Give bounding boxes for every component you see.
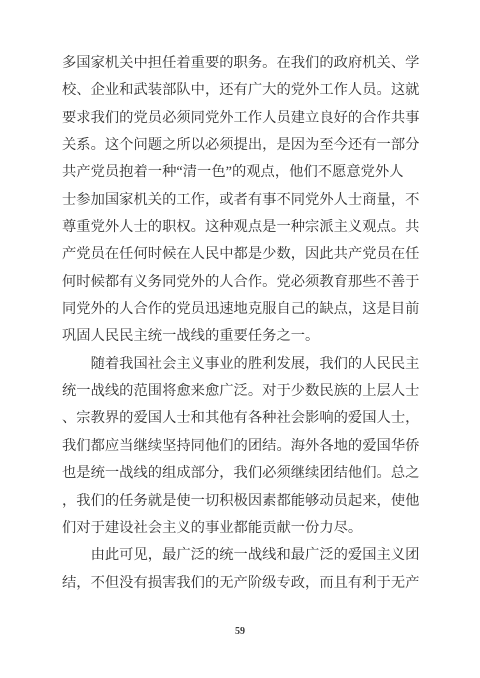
text-line: 由此可见，最广泛的统一战线和最广泛的爱国主义团: [62, 542, 420, 569]
text-line: 何时候都有义务同党外的人合作。党必须教育那些不善于: [62, 269, 420, 296]
text-line: 统一战线的范围将愈来愈广泛。对于少数民族的上层人士: [62, 378, 420, 405]
text-line: 也是统一战线的组成部分，我们必须继续团结他们。总之: [62, 460, 420, 487]
text-line: 我们都应当继续坚持同他们的团结。海外各地的爱国华侨: [62, 433, 420, 460]
text-line: 士参加国家机关的工作，或者有事不同党外人士商量，不: [62, 187, 420, 214]
text-line: ，我们的任务就是使一切积极因素都能够动员起来，使他: [62, 488, 420, 515]
text-line: 随着我国社会主义事业的胜利发展，我们的人民民主: [62, 351, 420, 378]
page-number: 59: [0, 626, 480, 637]
text-line: 巩固人民民主统一战线的重要任务之一。: [62, 323, 420, 350]
body-text: 多国家机关中担任着重要的职务。在我们的政府机关、学 校、企业和武装部队中，还有广…: [62, 50, 420, 597]
text-line: 结，不但没有损害我们的无产阶级专政，而且有利于无产: [62, 570, 420, 597]
text-line: 共产党员抱着一种“清一色”的观点，他们不愿意党外人: [62, 159, 420, 186]
text-line: 尊重党外人士的职权。这种观点是一种宗派主义观点。共: [62, 214, 420, 241]
text-line: 校、企业和武装部队中，还有广大的党外工作人员。这就: [62, 77, 420, 104]
text-line: 要求我们的党员必须同党外工作人员建立良好的合作共事: [62, 105, 420, 132]
text-line: 多国家机关中担任着重要的职务。在我们的政府机关、学: [62, 50, 420, 77]
text-line: 们对于建设社会主义的事业都能贡献一份力尽。: [62, 515, 420, 542]
text-line: 关系。这个问题之所以必须提出，是因为至今还有一部分: [62, 132, 420, 159]
text-line: 同党外的人合作的党员迅速地克服自己的缺点，这是目前: [62, 296, 420, 323]
document-page: 多国家机关中担任着重要的职务。在我们的政府机关、学 校、企业和武装部队中，还有广…: [0, 0, 480, 678]
text-line: 产党员在任何时候在人民中都是少数，因此共产党员在任: [62, 241, 420, 268]
text-line: 、宗教界的爱国人士和其他有各种社会影响的爱国人士，: [62, 405, 420, 432]
